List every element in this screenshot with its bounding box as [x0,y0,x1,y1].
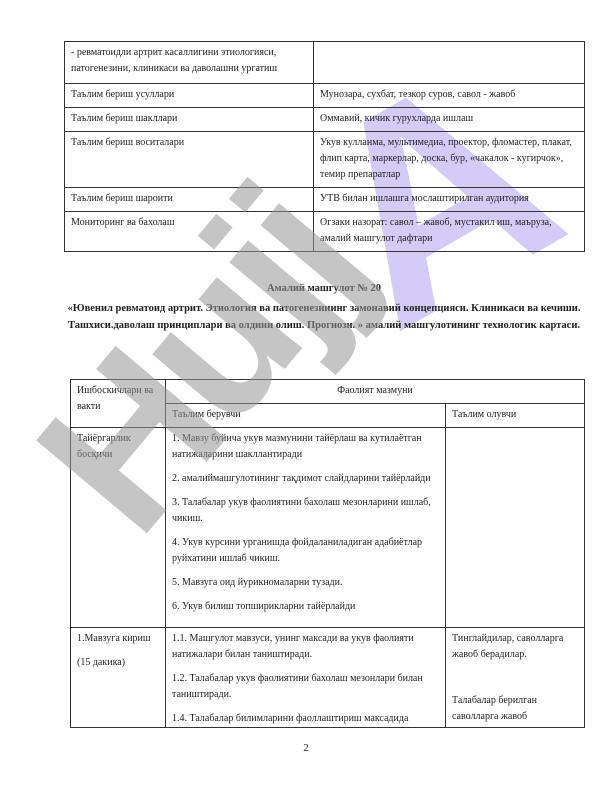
methods-table: - ревматоидли артрит касаллигини этиолог… [64,41,585,252]
table-row: Таълим бериш усуллариМунозара, сухбат, т… [65,84,585,108]
teacher-item: 1. Мавзу буйича укув мазмунини тайёрлаш … [172,431,439,463]
student-cell: Тинглайдилар, саволларга жавоб берадилар… [446,628,585,728]
page-number: 2 [0,742,612,754]
stage-duration: (15 дакика) [77,655,159,671]
lesson-subtitle: «Ювенил ревматоид артрит. Этиология ва п… [60,300,588,334]
cell-value: Оммавий, кичик гурухларда ишлаш [314,108,585,132]
cell-label: Таълим бериш усуллари [65,84,314,108]
cell-label: Мониторинг ва бахолаш [65,212,314,252]
teacher-item: 1.4. Талабалар билимларини фаоллаштириш … [172,711,439,727]
stage-label: 1.Мавзуга кириш [77,631,159,647]
teacher-item: 1.2. Талабалар укув фаолиятини бахолаш м… [172,671,439,703]
tech-card-table: Ишбоскичлари ва вакти Фаолият мазмуни Та… [70,379,585,728]
teacher-item: 2. амалиймашгулотининг тақдимот слайдлар… [172,471,439,487]
header-activity: Фаолият мазмуни [166,380,585,404]
cell-value: УТВ билан ишлашга мослаштирилган аудитор… [314,188,585,212]
teacher-cell: 1.1. Машгулот мавзуси, унинг максади ва … [166,628,446,728]
teacher-cell: 1. Мавзу буйича укув мазмунини тайёрлаш … [166,428,446,628]
student-item: Тинглайдилар, саволларга жавоб берадилар… [452,631,578,663]
stage-label: Тайёргарлик босқичи [77,431,159,463]
cell-value: Мунозара, сухбат, тезкор суров, савол - … [314,84,585,108]
cell-label: Таълим бериш шакллари [65,108,314,132]
cell-value [314,42,585,84]
student-item: Талабалар берилган саволларга жавоб [452,693,578,725]
cell-value: Укув кулланма, мультимедиа, проектор, фл… [314,132,585,188]
stage-cell: Тайёргарлик босқичи [71,428,166,628]
cell-label: - ревматоидли артрит касаллигини этиолог… [65,42,314,84]
teacher-item: 4. Укув курсини урганишда фойдаланиладиг… [172,535,439,567]
stage-cell: 1.Мавзуга кириш (15 дакика) [71,628,166,728]
table-row: Мониторинг ва бахолашОгзаки назорат: сав… [65,212,585,252]
cell-label: Таълим бериш воситалари [65,132,314,188]
header-teacher: Таълим берувчи [166,404,446,428]
lesson-title: Амалий машгулот № 20 [60,280,588,297]
teacher-item: 3. Талабалар укув фаолиятини бахолаш мез… [172,495,439,527]
student-cell [446,428,585,628]
cell-label: Таълим бериш шароити [65,188,314,212]
table-row: Таълим бериш шакллариОммавий, кичик гуру… [65,108,585,132]
teacher-item: 5. Мавзуга оид йурикномаларни тузади. [172,575,439,591]
cell-value: Огзаки назорат: савол – жавоб, мустакил … [314,212,585,252]
header-student: Таълим олувчи [446,404,585,428]
table-row: 1.Мавзуга кириш (15 дакика) 1.1. Машгуло… [71,628,585,728]
table-row: Тайёргарлик босқичи 1. Мавзу буйича укув… [71,428,585,628]
table-row: Таълим бериш воситалариУкув кулланма, му… [65,132,585,188]
teacher-item: 1.1. Машгулот мавзуси, унинг максади ва … [172,631,439,663]
table-row: Таълим бериш шароитиУТВ билан ишлашга мо… [65,188,585,212]
header-stage: Ишбоскичлари ва вакти [71,380,166,428]
teacher-item: 6. Укув билиш топширикларни тайёрлайди [172,599,439,615]
table-row: - ревматоидли артрит касаллигини этиолог… [65,42,585,84]
